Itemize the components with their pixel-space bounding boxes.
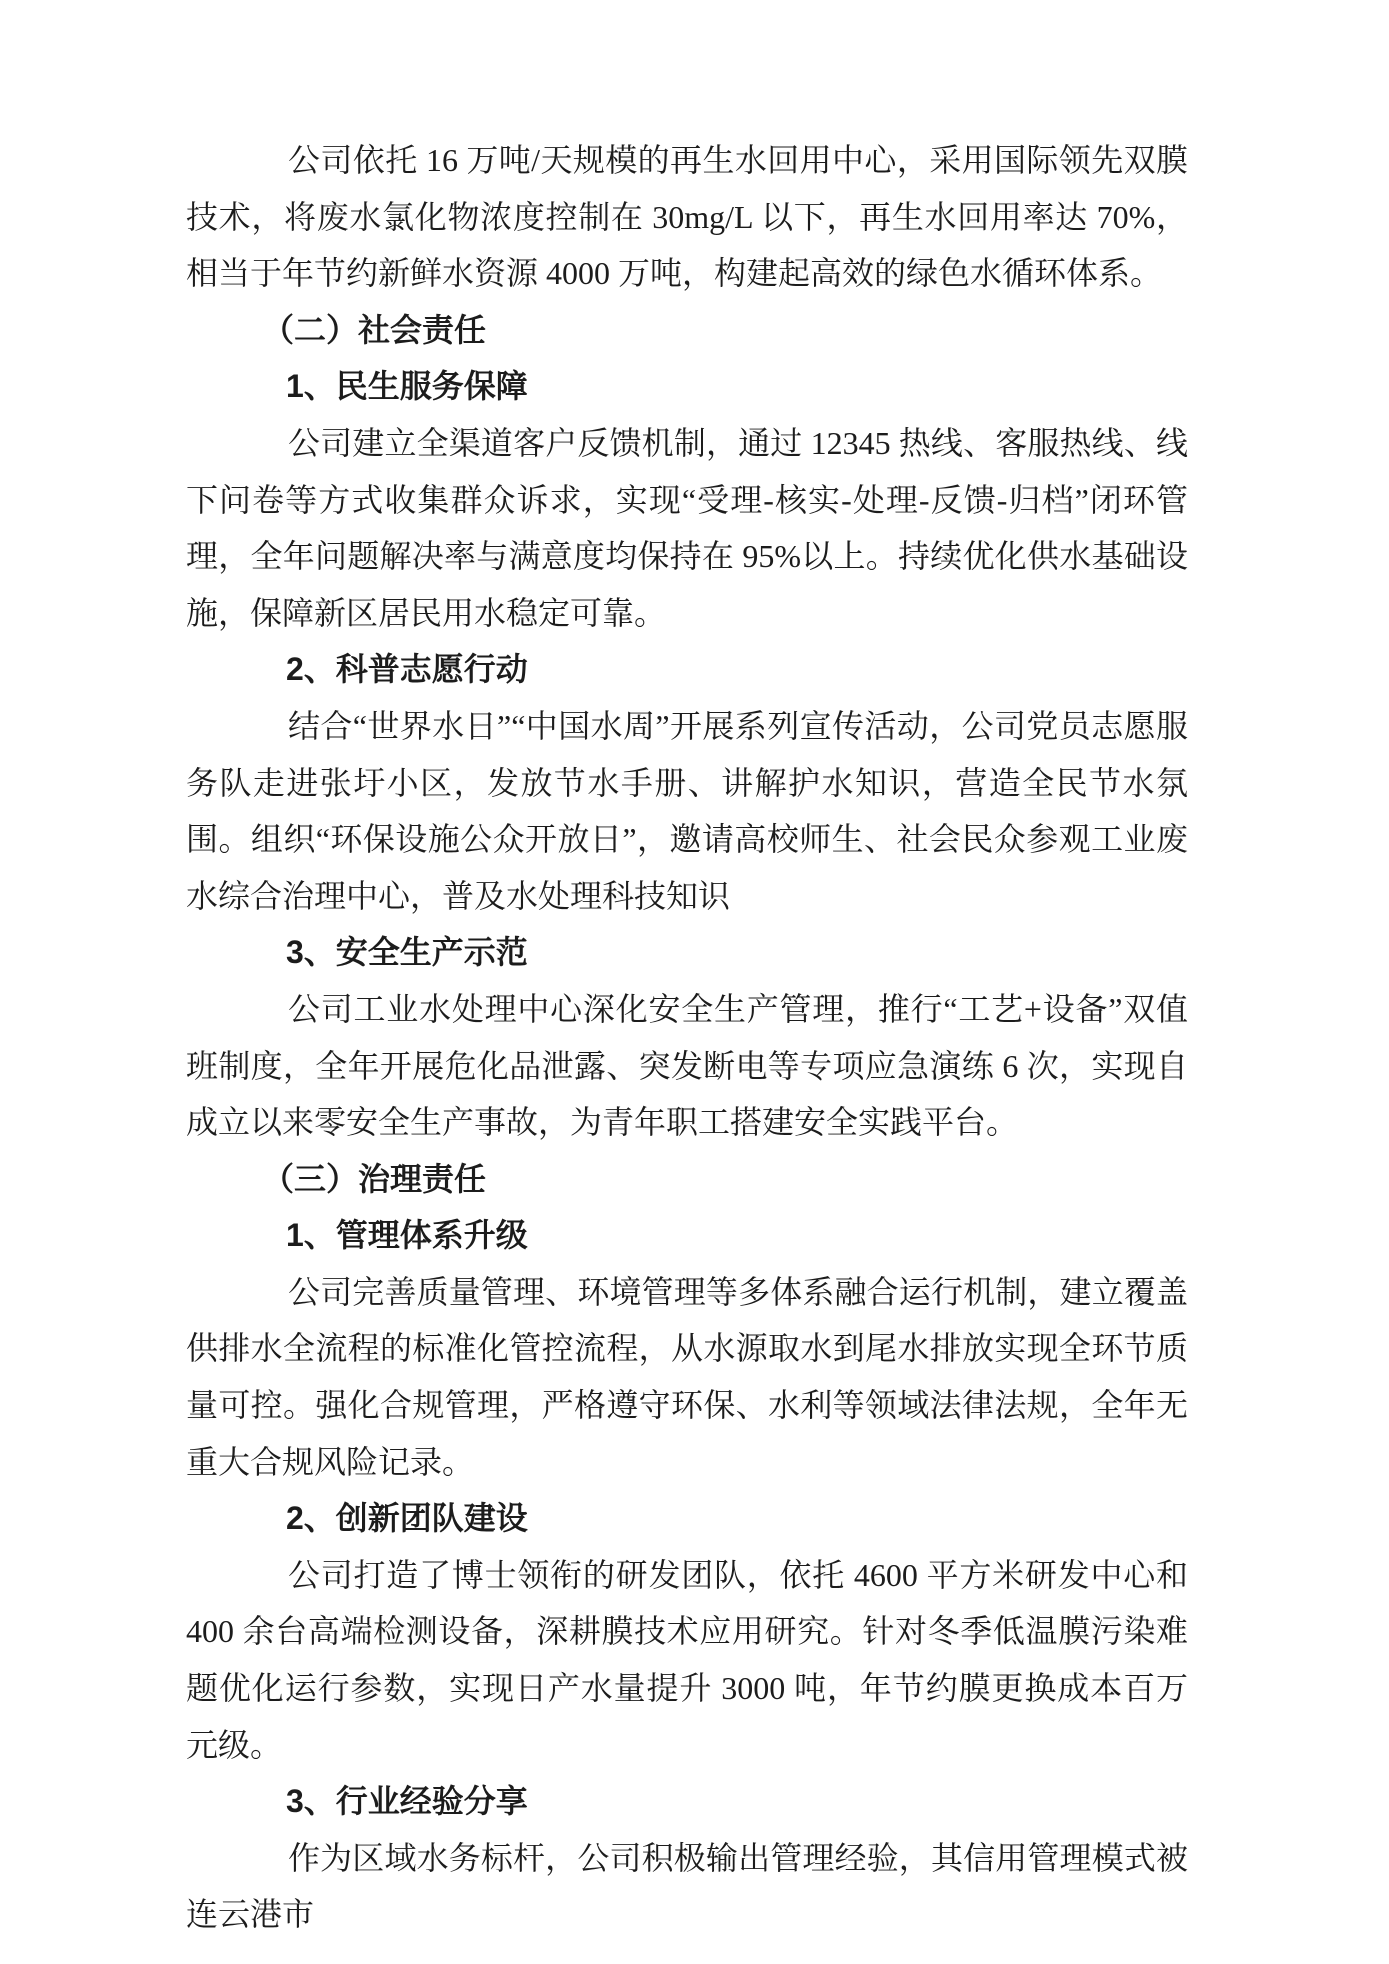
paragraph: 公司完善质量管理、环境管理等多体系融合运行机制，建立覆盖供排水全流程的标准化管控… [186,1264,1188,1490]
section-heading: 1、管理体系升级 [186,1207,1188,1264]
paragraph: 公司工业水处理中心深化安全生产管理，推行“工艺+设备”双值班制度，全年开展危化品… [186,981,1188,1151]
section-heading: 2、创新团队建设 [186,1490,1188,1547]
section-heading: 3、行业经验分享 [186,1773,1188,1830]
paragraph: 公司打造了博士领衔的研发团队，依托 4600 平方米研发中心和 400 余台高端… [186,1547,1188,1773]
section-heading: （三）治理责任 [186,1151,1188,1208]
section-heading: （二）社会责任 [186,302,1188,359]
document-page: 公司依托 16 万吨/天规模的再生水回用中心，采用国际领先双膜技术，将废水氯化物… [0,0,1389,1964]
document-content: 公司依托 16 万吨/天规模的再生水回用中心，采用国际领先双膜技术，将废水氯化物… [186,132,1188,1943]
section-heading: 2、科普志愿行动 [186,641,1188,698]
paragraph: 公司依托 16 万吨/天规模的再生水回用中心，采用国际领先双膜技术，将废水氯化物… [186,132,1188,302]
paragraph: 结合“世界水日”“中国水周”开展系列宣传活动，公司党员志愿服务队走进张圩小区，发… [186,698,1188,924]
paragraph: 公司建立全渠道客户反馈机制，通过 12345 热线、客服热线、线下问卷等方式收集… [186,415,1188,641]
section-heading: 1、民生服务保障 [186,358,1188,415]
paragraph: 作为区域水务标杆，公司积极输出管理经验，其信用管理模式被连云港市 [186,1830,1188,1943]
section-heading: 3、安全生产示范 [186,924,1188,981]
